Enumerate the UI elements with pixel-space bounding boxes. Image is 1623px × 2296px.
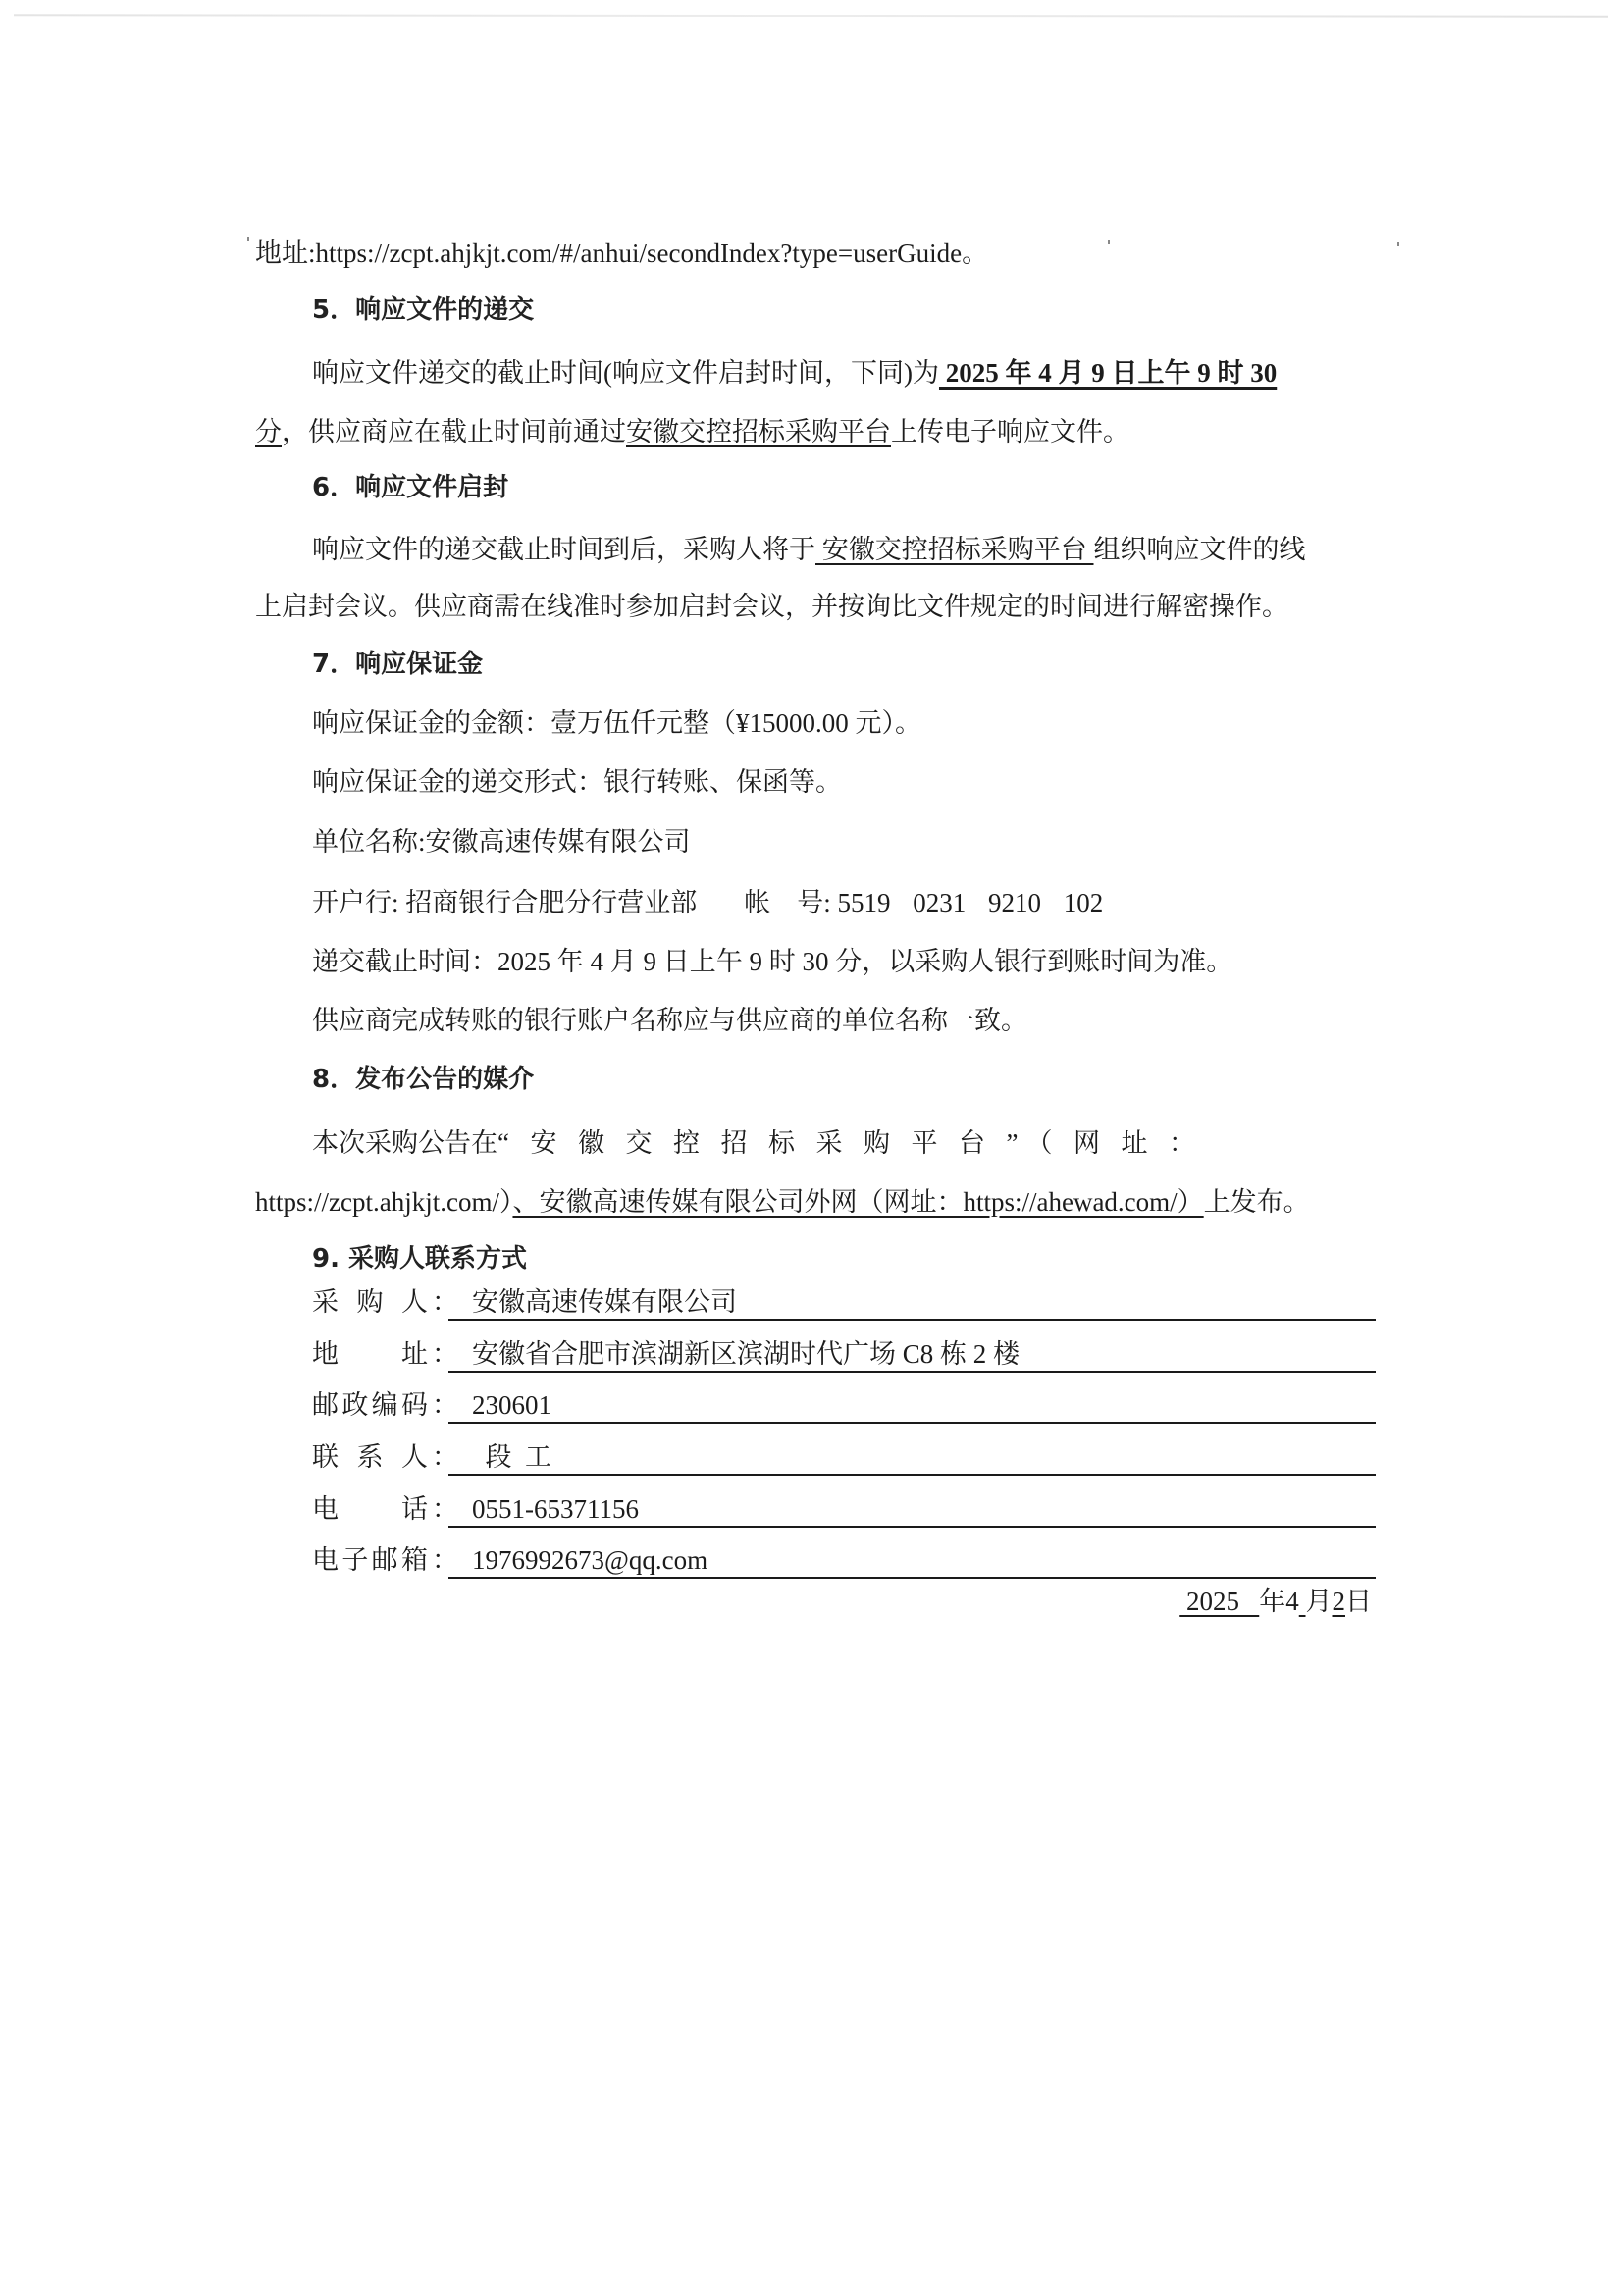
contact-address-row: 地址：安徽省合肥市滨湖新区滨湖时代广场 C8 栋 2 楼 <box>312 1336 1376 1376</box>
section-6-text: 组织响应文件的线 <box>1094 535 1306 564</box>
signature-date: 2025 年4 月2日 <box>1179 1584 1372 1619</box>
section-8-text: 本次采购公告在 <box>312 1128 497 1158</box>
deposit-deadline: 递交截止时间：2025 年 4 月 9 日上午 9 时 30 分，以采购人银行到… <box>312 944 1232 979</box>
contact-purchaser-label: 采购人 <box>312 1284 428 1320</box>
contact-phone-label: 电话 <box>312 1491 428 1527</box>
bank-label: 开户行: 招商银行合肥分行营业部 <box>312 888 697 917</box>
contact-phone-row: 电话：0551-65371156 <box>312 1491 1376 1531</box>
contact-email-value: 1976992673@qq.com <box>448 1542 1376 1579</box>
section-7-heading: 7．响应保证金 <box>312 647 483 682</box>
date-day-suffix: 日 <box>1345 1587 1372 1616</box>
section-5-heading: 5．响应文件的递交 <box>312 292 534 328</box>
section-5-para-line-1: 响应文件递交的截止时间(响应文件启封时间，下同)为 2025 年 4 月 9 日… <box>312 355 1277 391</box>
section-6-heading: 6．响应文件启封 <box>312 470 508 505</box>
section-6-para-line-2: 上启封会议。供应商需在线准时参加启封会议，并按询比文件规定的时间进行解密操作。 <box>255 589 1288 624</box>
date-year-suffix: 年 <box>1259 1587 1285 1616</box>
contact-postcode-value: 230601 <box>448 1387 1376 1424</box>
contact-address-value: 安徽省合肥市滨湖新区滨湖时代广场 C8 栋 2 楼 <box>448 1336 1376 1373</box>
scan-speck <box>247 237 249 241</box>
section-8-line-2: https://zcpt.ahjkjt.com/）、安徽高速传媒有限公司外网（网… <box>255 1184 1310 1220</box>
company-website-link[interactable]: 、安徽高速传媒有限公司外网（网址：https://ahewad.com/） <box>512 1187 1203 1217</box>
section-5-text: 上传电子响应文件。 <box>891 417 1129 446</box>
date-day: 2 <box>1333 1587 1346 1616</box>
submission-deadline-end: 分 <box>255 417 282 446</box>
deposit-amount: 响应保证金的金额：壹万伍仟元整（¥15000.00 元）。 <box>312 705 921 741</box>
account-number-part: 0231 <box>913 888 966 917</box>
section-5-para-line-2: 分，供应商应在截止时间前通过安徽交控招标采购平台上传电子响应文件。 <box>255 414 1129 449</box>
scan-edge-line <box>14 14 1608 17</box>
contact-email-row: 电子邮箱：1976992673@qq.com <box>312 1542 1376 1582</box>
account-label: 帐 号: <box>744 888 831 917</box>
section-8-text: 上发布。 <box>1204 1187 1310 1217</box>
section-6-para-line-1: 响应文件的递交截止时间到后，采购人将于 安徽交控招标采购平台 组织响应文件的线 <box>312 532 1306 567</box>
platform-name-link[interactable]: 安徽交控招标采购平台 <box>626 417 891 446</box>
section-8-line-1: 本次采购公告在“安徽交控招标采购平台”（网址： <box>312 1125 1216 1161</box>
intro-prefix: 地址: <box>255 238 316 268</box>
contact-purchaser-row: 采购人：安徽高速传媒有限公司 <box>312 1284 1376 1324</box>
contact-purchaser-value: 安徽高速传媒有限公司 <box>448 1284 1376 1321</box>
deposit-form: 响应保证金的递交形式：银行转账、保函等。 <box>312 764 842 800</box>
submission-deadline: 2025 年 4 月 9 日上午 9 时 30 <box>939 358 1277 388</box>
section-9-heading: 9. 采购人联系方式 <box>312 1241 527 1277</box>
platform-url-link[interactable]: https://zcpt.ahjkjt.com/） <box>255 1187 512 1217</box>
intro-suffix: 。 <box>962 238 988 268</box>
contact-postcode-row: 邮政编码：230601 <box>312 1387 1376 1427</box>
intro-address-line: 地址:https://zcpt.ahjkjt.com/#/anhui/secon… <box>255 235 988 271</box>
account-number-part: 9210 <box>988 888 1041 917</box>
user-guide-url[interactable]: https://zcpt.ahjkjt.com/#/anhui/secondIn… <box>316 238 963 268</box>
section-6-text: 响应文件的递交截止时间到后，采购人将于 <box>312 535 815 564</box>
account-number-part: 5519 <box>838 888 891 917</box>
scan-speck <box>1108 240 1110 244</box>
contact-person-row: 联系人： 段 工 <box>312 1439 1376 1479</box>
platform-spaced-name: “安徽交控招标采购平台”（网址： <box>497 1128 1216 1158</box>
bank-account-line: 开户行: 招商银行合肥分行营业部帐 号: 5519 0231 9210 102 <box>312 885 1103 920</box>
section-5-text: ，供应商应在截止时间前通过 <box>282 417 626 446</box>
contact-email-label: 电子邮箱 <box>312 1542 428 1578</box>
date-year: 2025 <box>1179 1587 1259 1616</box>
contact-address-label: 地址 <box>312 1336 428 1372</box>
contact-person-value: 段 工 <box>448 1439 1376 1476</box>
account-number-part: 102 <box>1064 888 1104 917</box>
date-month-suffix: 月 <box>1306 1587 1333 1616</box>
unit-name: 单位名称:安徽高速传媒有限公司 <box>312 824 691 860</box>
date-month: 4 <box>1285 1587 1299 1616</box>
section-8-heading: 8．发布公告的媒介 <box>312 1062 534 1097</box>
section-5-text: 响应文件递交的截止时间(响应文件启封时间，下同)为 <box>312 358 939 388</box>
scan-speck <box>1397 242 1399 246</box>
contact-postcode-label: 邮政编码 <box>312 1387 428 1423</box>
deposit-note: 供应商完成转账的银行账户名称应与供应商的单位名称一致。 <box>312 1003 1027 1038</box>
platform-name-link[interactable]: 安徽交控招标采购平台 <box>815 535 1094 564</box>
contact-person-label: 联系人 <box>312 1439 428 1475</box>
contact-phone-value: 0551-65371156 <box>448 1491 1376 1528</box>
